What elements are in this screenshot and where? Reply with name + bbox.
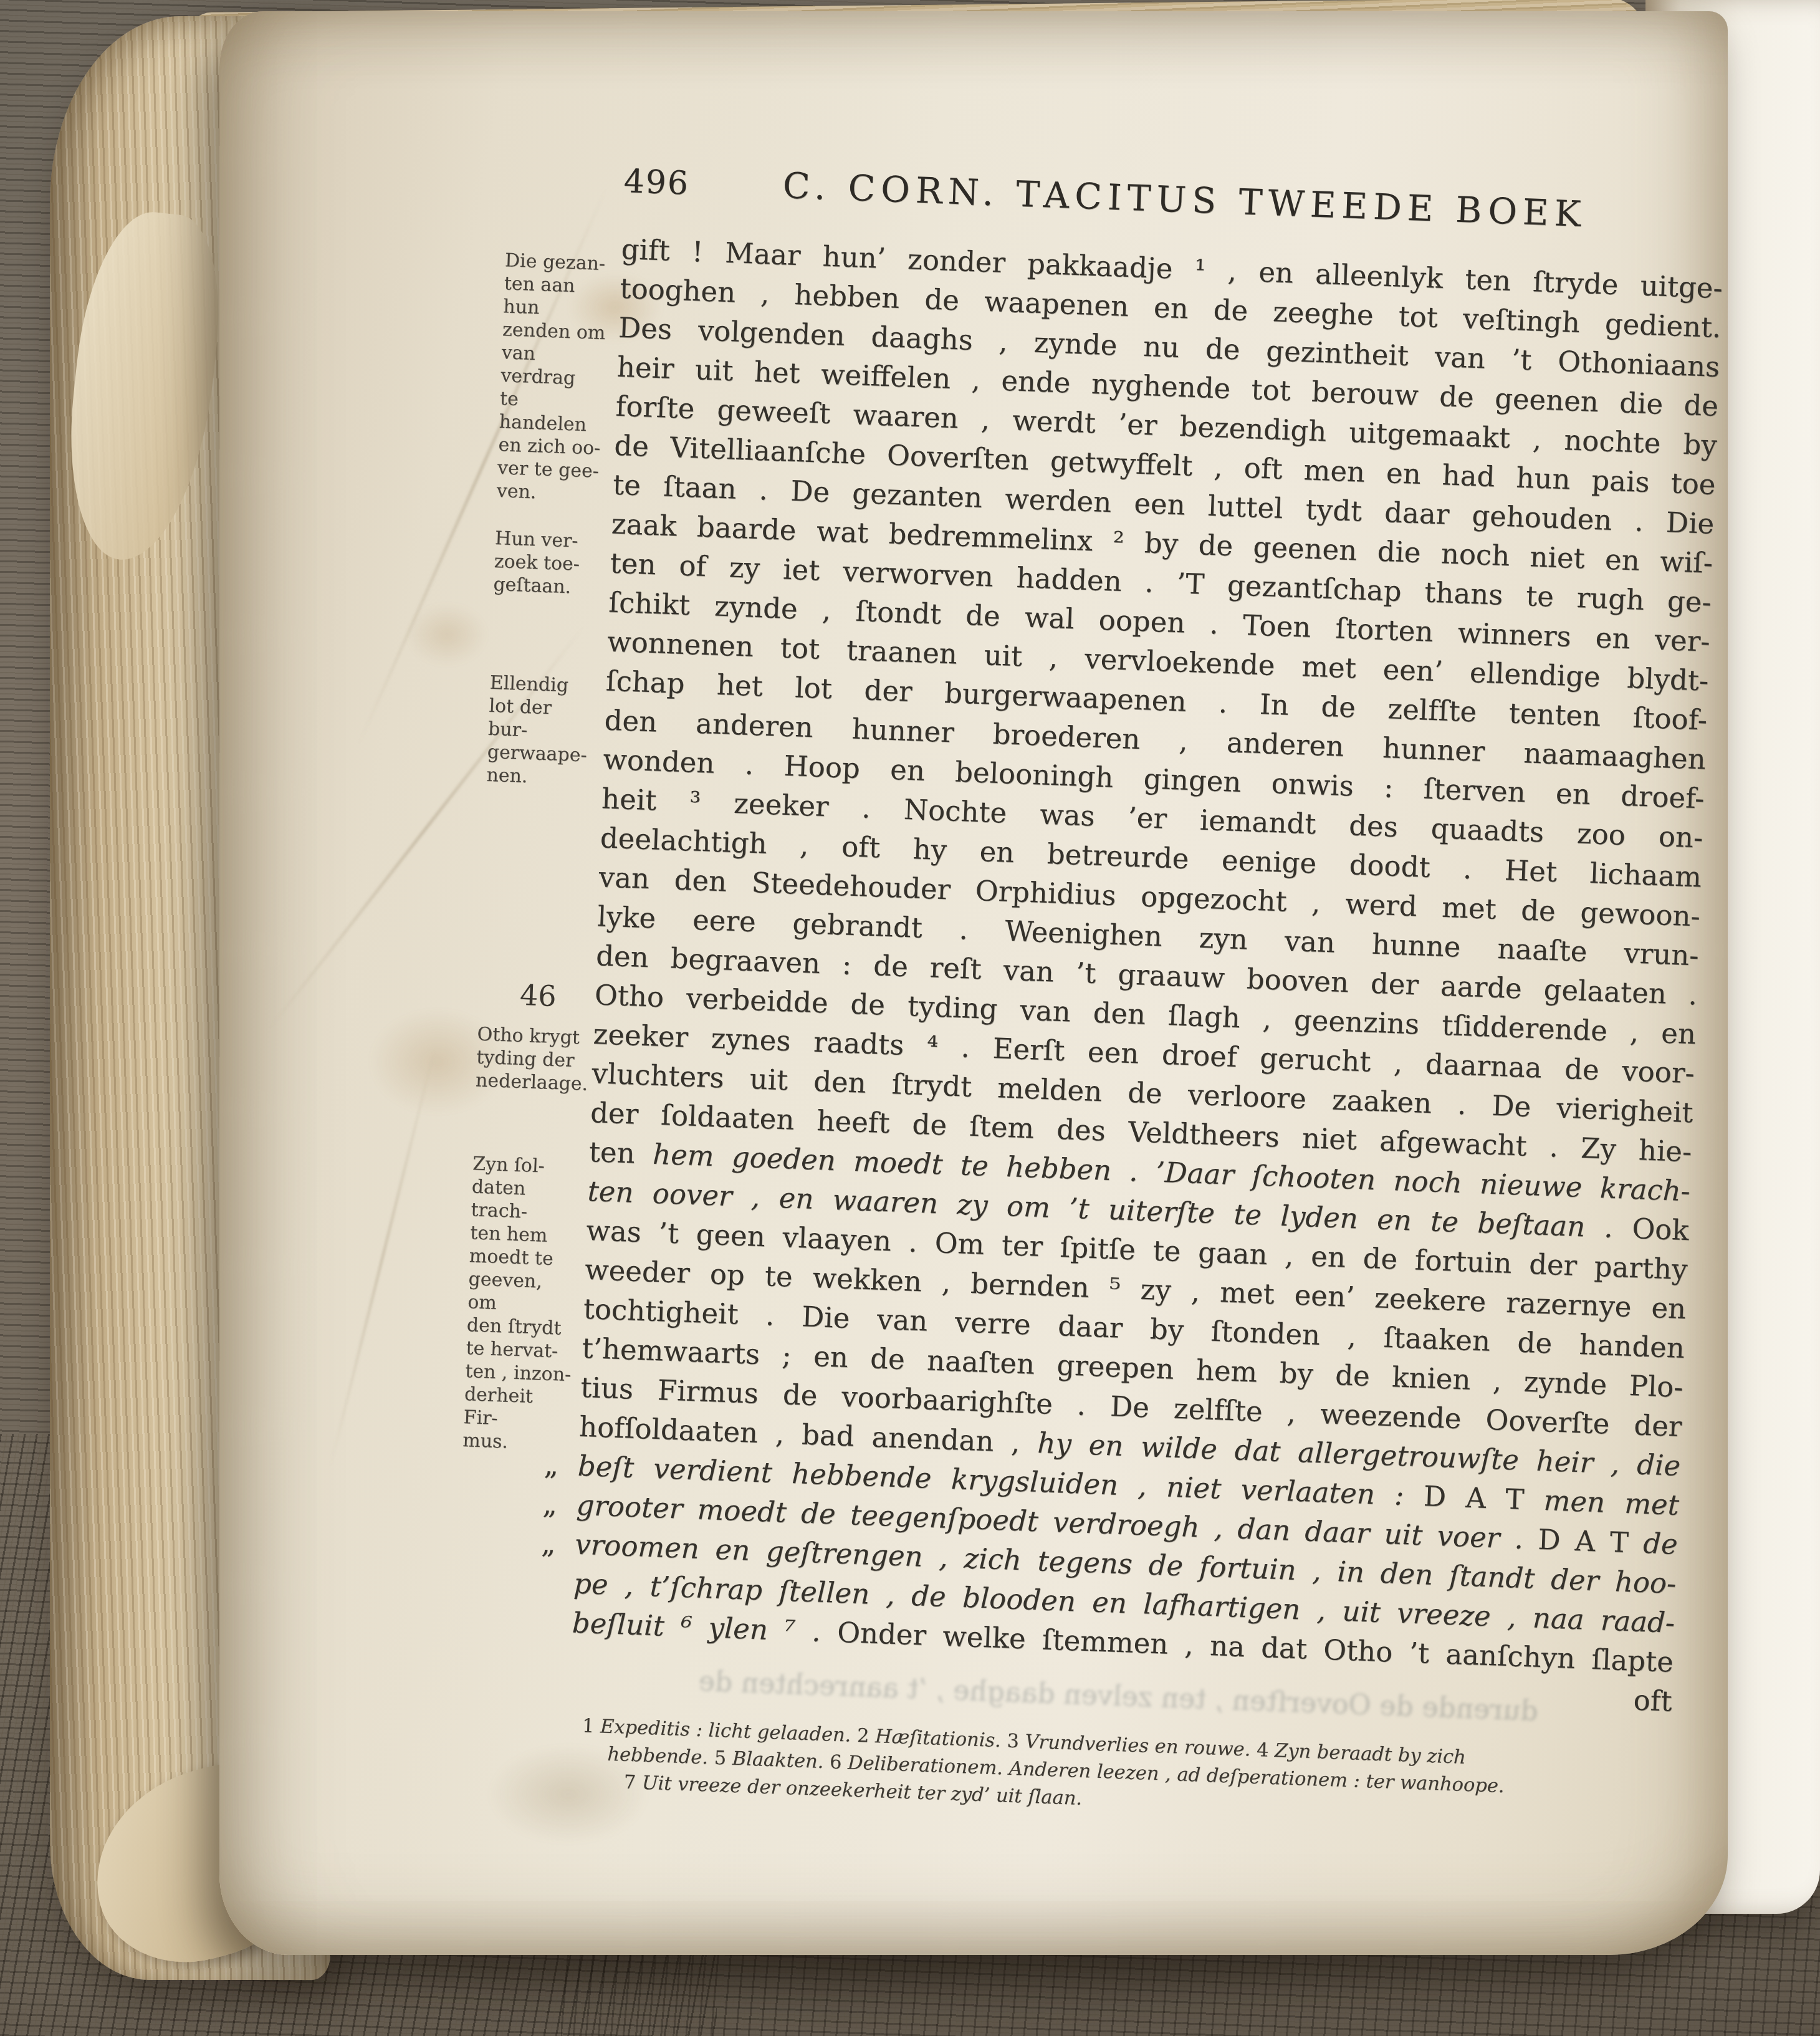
quote-mark: „ [542,1484,558,1524]
text-segment: Blaakten. [732,1748,824,1773]
margin-note: Hun ver- zoek toe- geſtaan. [493,527,581,599]
text-segment: beſluit ⁶ ylen ⁷ . [572,1606,838,1649]
text-segment: ten [588,1135,653,1171]
text-segment: Ook [1612,1211,1690,1247]
margin-note: Otho krygt tyding der nederlaage. [475,1022,590,1095]
book-photo: 496 C. CORN. TACITUS TWEEDE BOEK Die gez… [0,0,1820,2036]
margin-note: Ellendig lot der bur- gerwaape- nen. [486,671,598,790]
section-number: 46 [519,978,557,1013]
text-segment: 3 [1000,1730,1025,1752]
text-segment: hebbende. [607,1744,709,1769]
quote-mark: „ [544,1445,560,1485]
paper-stain [406,603,487,666]
text-segment: 5 [707,1747,732,1769]
margin-note: Die gezan- ten aan hun zenden om van ver… [496,249,612,506]
body-lines: gift ! Maar hun’ zonder pakkaadje ¹ , en… [570,229,1723,1721]
page-content: 496 C. CORN. TACITUS TWEEDE BOEK Die gez… [570,160,1726,1721]
text-segment: 7 [623,1772,642,1794]
text-segment: 4 [1250,1739,1275,1762]
text-segment: D A T [1538,1523,1644,1560]
quote-mark: „ [540,1524,557,1563]
text-segment: Hæſitationis. [875,1726,1002,1752]
page-number: 496 [623,163,690,203]
text-segment: men met [1543,1484,1680,1522]
text-segment: 6 [823,1751,848,1774]
margin-note: Zyn ſol- daten trach- ten hem moedt te g… [462,1152,580,1456]
text-segment: 2 [851,1725,876,1747]
text-segment: de [1642,1527,1678,1561]
text-segment: Zyn beraadt by zich [1275,1740,1467,1769]
text-segment: Vrundverlies en rouwe. [1025,1731,1251,1761]
text-segment: 1 [582,1715,600,1737]
text-segment: D A T [1423,1479,1545,1517]
